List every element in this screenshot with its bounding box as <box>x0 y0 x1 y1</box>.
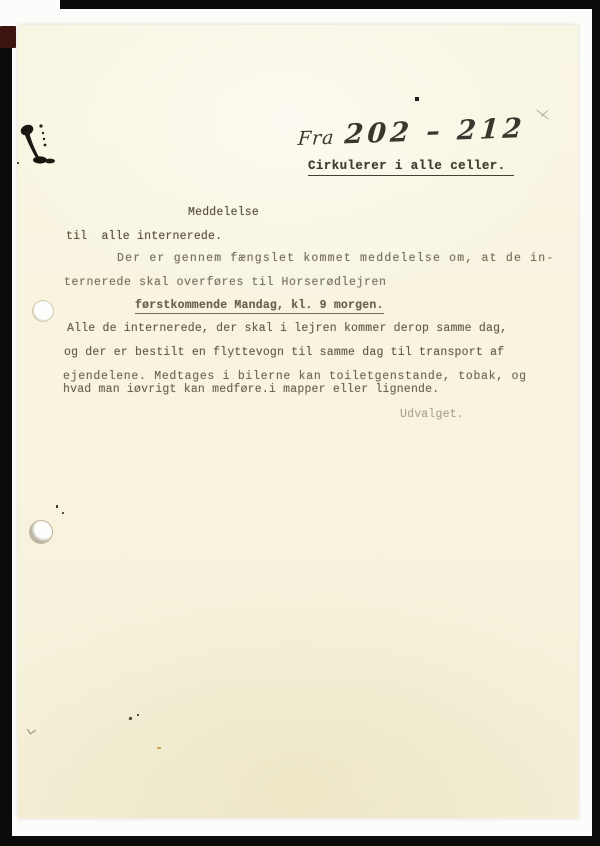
circular-instruction: Cirkulerer i alle celler. <box>308 159 514 176</box>
photo-frame-bottom <box>0 836 600 846</box>
photo-frame-left-cap <box>0 26 16 48</box>
body-line-underlined: førstkommende Mandag, kl. 9 morgen. <box>135 299 384 314</box>
stain-speck <box>157 747 161 749</box>
message-salutation: til alle internerede. <box>66 230 222 243</box>
ink-speck <box>415 97 419 101</box>
ink-speck <box>56 505 58 508</box>
message-heading: Meddelelse <box>188 206 259 219</box>
handwritten-cell-range: 202 – 212 <box>344 113 527 150</box>
body-line: ejendelene. Medtages i bilerne kan toile… <box>63 370 527 383</box>
scratch-mark <box>533 107 551 123</box>
ink-mark <box>12 117 68 193</box>
ink-speck <box>137 714 139 716</box>
body-line: Der er gennem fængslet kommet meddelelse… <box>117 252 554 265</box>
ink-speck <box>62 512 64 514</box>
ink-speck <box>129 717 133 721</box>
document-page: Fra202 – 212 Cirkulerer i alle celler. M… <box>18 25 578 818</box>
body-line: ternerede skal overføres til Horserødlej… <box>64 276 387 289</box>
body-line: Alle de internerede, der skal i lejren k… <box>67 322 507 335</box>
signature: Udvalget. <box>400 408 464 421</box>
punch-hole-bottom <box>29 520 53 544</box>
handwritten-room-numbers: Fra202 – 212 <box>297 113 527 152</box>
punch-hole-top <box>32 300 54 322</box>
document-photo: Fra202 – 212 Cirkulerer i alle celler. M… <box>0 0 600 846</box>
body-line: hvad man iøvrigt kan medføre.i mapper el… <box>63 383 439 396</box>
handwritten-from-label: Fra <box>297 127 335 150</box>
photo-frame-left <box>0 28 12 846</box>
body-line: og der er bestilt en flyttevogn til samm… <box>64 346 504 359</box>
photo-frame-top <box>60 0 600 9</box>
pencil-scribble <box>27 726 36 735</box>
photo-frame-right <box>592 0 600 846</box>
